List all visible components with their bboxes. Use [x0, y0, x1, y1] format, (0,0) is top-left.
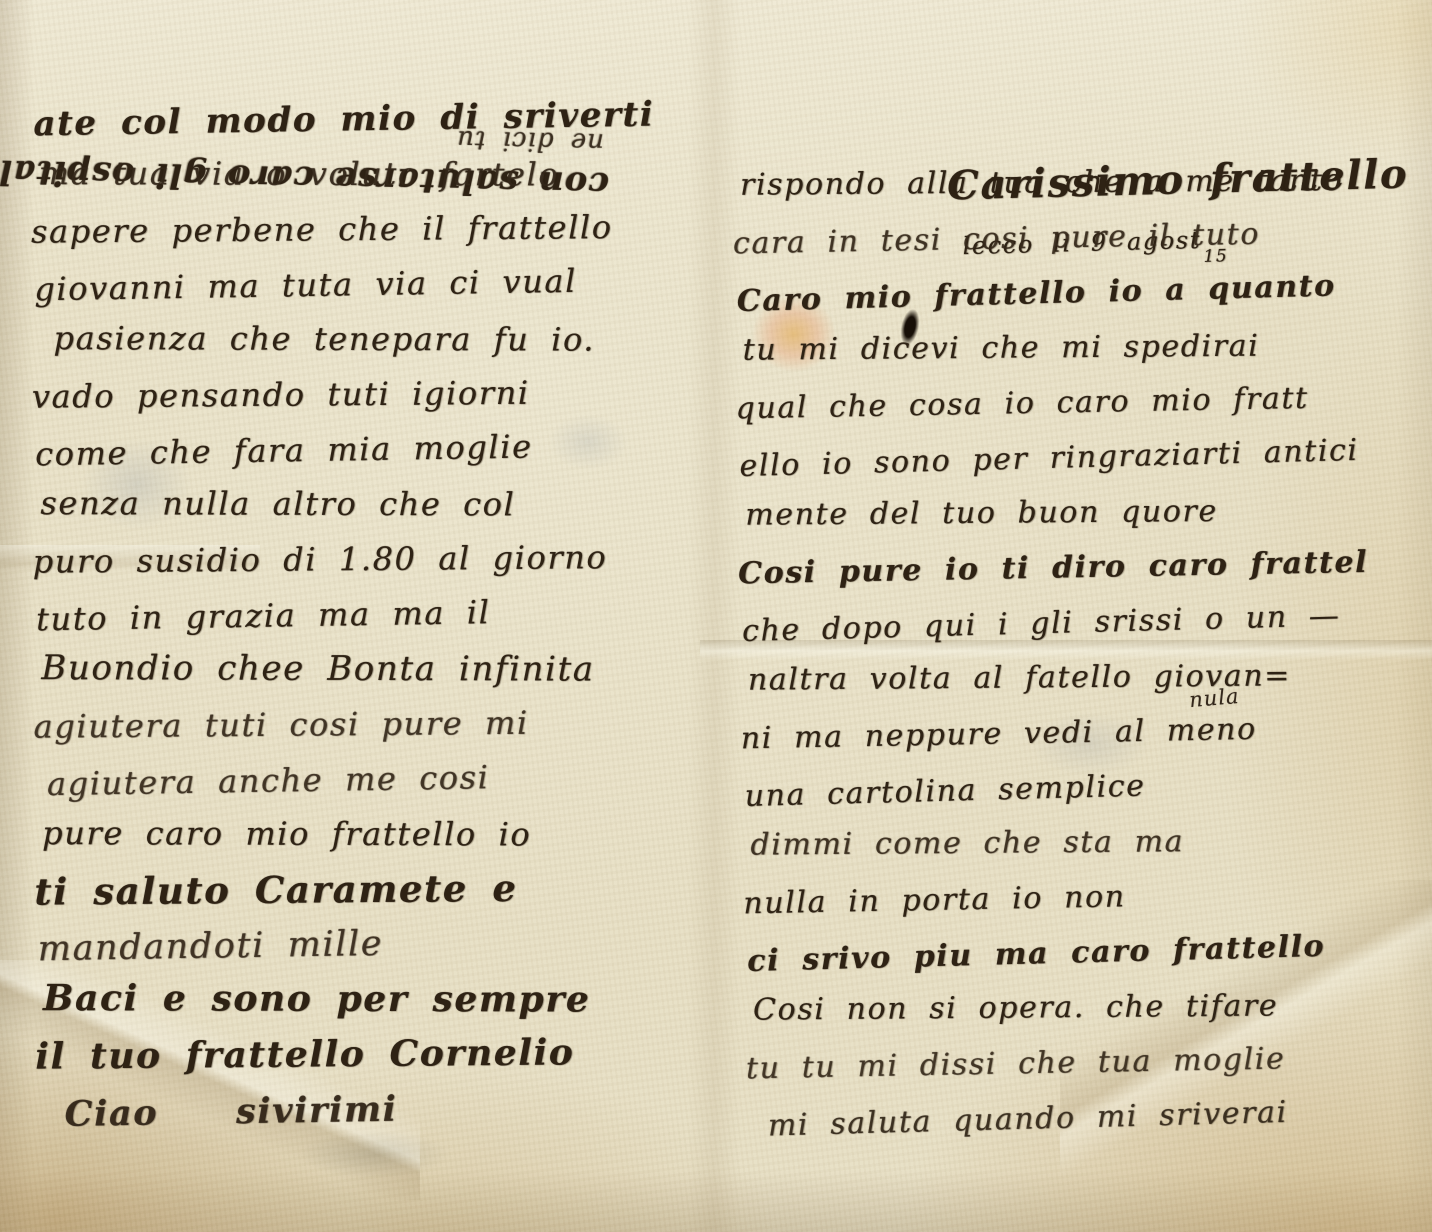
handwritten-line: tuto in grazia ma ma il: [36, 582, 715, 648]
handwritten-line: Cosi non si opera. che tifare: [753, 977, 1432, 1037]
letter-page-right: Carissimo frattello lecco li 9 agost15 r…: [734, 95, 1432, 1151]
handwritten-line: sapere perbene che il frattello: [31, 199, 709, 259]
handwritten-line: tu mi dicevi che mi spedirai: [742, 317, 1432, 377]
handwritten-line: pure caro mio frattello io: [42, 806, 720, 863]
handwritten-line: mente del tuo buon quore: [745, 482, 1432, 542]
handwritten-line: ma tua via o voluto fartelo: [39, 146, 717, 203]
handwritten-line: puro susidio di 1.80 al giorno: [33, 529, 711, 589]
handwritten-line: ti saluto Caramete e: [34, 859, 712, 919]
handwritten-line: Baci e sono per sempre: [43, 971, 721, 1028]
inserted-word-above-line: nula: [1188, 684, 1240, 712]
handwritten-line: rispondo alla tua che a me tanto: [740, 152, 1430, 212]
handwritten-line: agiutera tuti cosi pure mi: [33, 694, 711, 754]
handwritten-line: Ciao sivirimi: [38, 1077, 717, 1143]
letter-page-left: con salutarse caro gli ospitali che ne d…: [33, 90, 716, 1139]
handwritten-line: dimmi come che sta ma: [750, 812, 1432, 872]
handwritten-line: vado pensando tuti igiorni: [32, 364, 710, 424]
handwritten-line: il tuo frattello Cornelio: [35, 1024, 713, 1084]
letter-scan: con salutarse caro gli ospitali che ne d…: [0, 0, 1432, 1232]
letter-paper: con salutarse caro gli ospitali che ne d…: [0, 0, 1432, 1232]
right-page-text: Carissimo frattello lecco li 9 agost15 r…: [734, 95, 1432, 1151]
handwritten-line: ate col modo mio di sriverti: [33, 87, 712, 153]
handwritten-line: pasienza che tenepara fu io.: [39, 311, 717, 368]
handwritten-line: mandandoti mille: [37, 912, 716, 978]
left-page-text: ate col modo mio di sriverti ma tua via …: [33, 90, 716, 1139]
handwritten-line: Buondio chee Bonta infinita: [41, 641, 719, 698]
handwritten-line: agiutera anche me cosi: [36, 747, 715, 813]
handwritten-line: naltra volta al fatello giovan=: [748, 647, 1432, 707]
handwritten-line: giovanni ma tuta via ci vual: [34, 252, 713, 318]
handwritten-line: come che fara mia moglie: [35, 417, 714, 483]
handwritten-line: senza nulla altro che col: [40, 476, 718, 533]
